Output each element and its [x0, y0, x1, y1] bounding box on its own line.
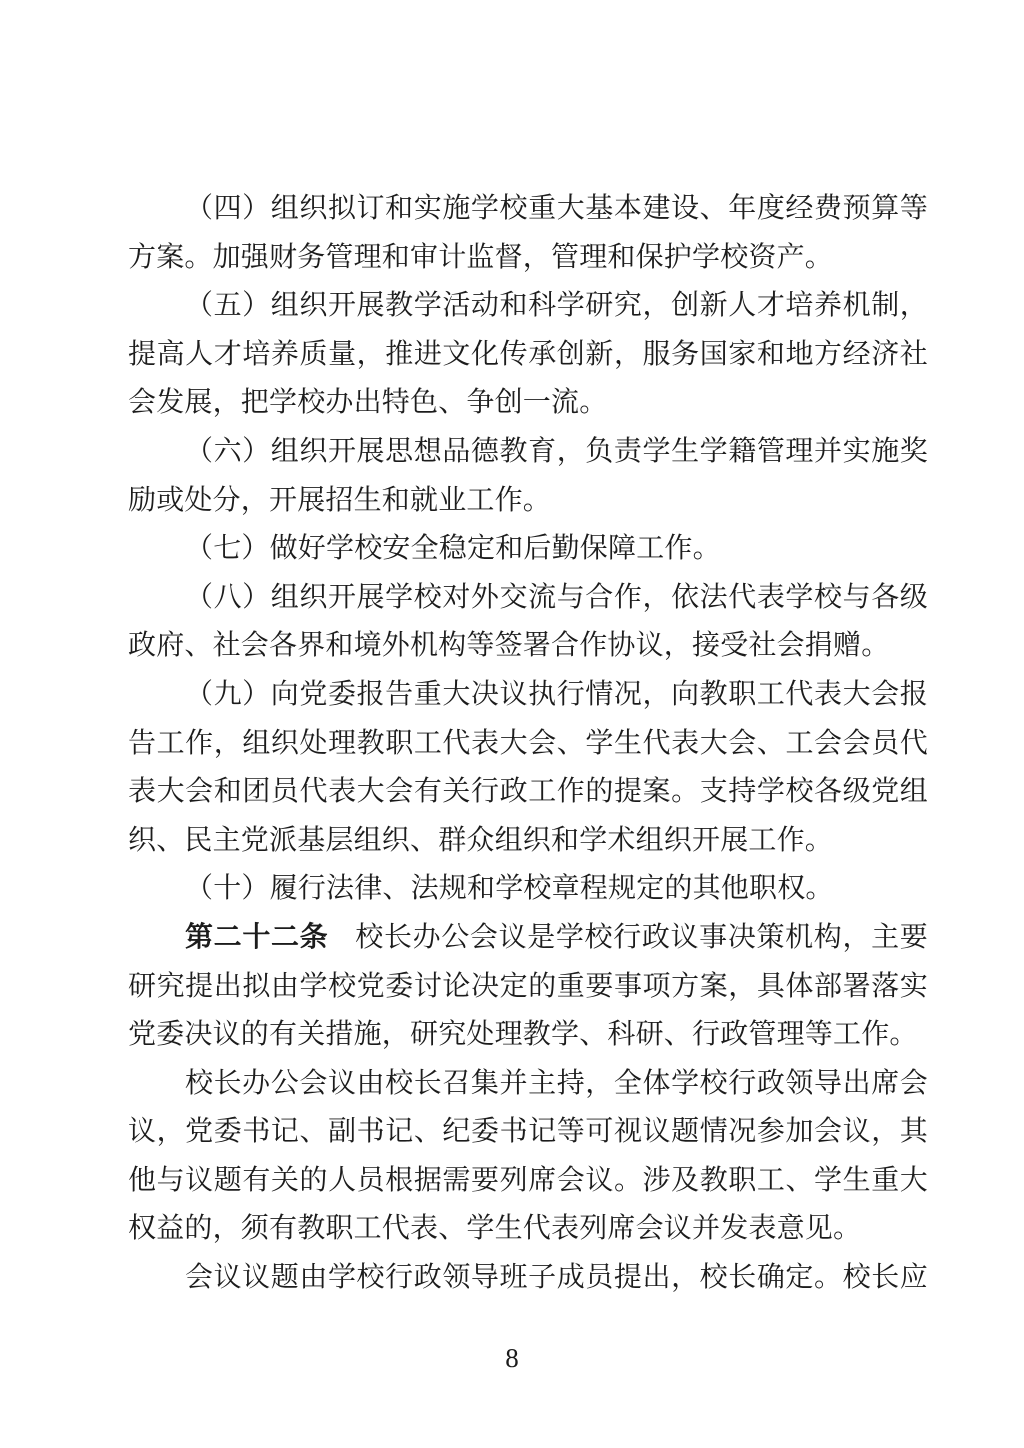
- text-line: 表大会和团员代表大会有关行政工作的提案。支持学校各级党组: [128, 768, 928, 817]
- page-number: 8: [0, 1338, 1024, 1378]
- text-line: （八）组织开展学校对外交流与合作，依法代表学校与各级: [128, 574, 928, 623]
- text-line: 织、民主党派基层组织、群众组织和学术组织开展工作。: [128, 817, 928, 866]
- text-line: （六）组织开展思想品德教育，负责学生学籍管理并实施奖: [128, 428, 928, 477]
- text-line: （十）履行法律、法规和学校章程规定的其他职权。: [128, 865, 928, 914]
- text-line: 会议议题由学校行政领导班子成员提出，校长确定。校长应: [128, 1254, 928, 1303]
- text-line: 权益的，须有教职工代表、学生代表列席会议并发表意见。: [128, 1205, 928, 1254]
- text-line: （四）组织拟订和实施学校重大基本建设、年度经费预算等: [128, 185, 928, 234]
- text-line: 提高人才培养质量，推进文化传承创新，服务国家和地方经济社: [128, 331, 928, 380]
- text-line: 第二十二条校长办公会议是学校行政议事决策机构，主要: [128, 914, 928, 963]
- text-line: 方案。加强财务管理和审计监督，管理和保护学校资产。: [128, 234, 928, 283]
- text-line: （五）组织开展教学活动和科学研究，创新人才培养机制，: [128, 282, 928, 331]
- text-line: 政府、社会各界和境外机构等签署合作协议，接受社会捐赠。: [128, 622, 928, 671]
- text-line: （九）向党委报告重大决议执行情况，向教职工代表大会报: [128, 671, 928, 720]
- text-line: 他与议题有关的人员根据需要列席会议。涉及教职工、学生重大: [128, 1157, 928, 1206]
- text-run: 校长办公会议是学校行政议事决策机构，主要: [355, 922, 928, 953]
- text-line: 校长办公会议由校长召集并主持，全体学校行政领导出席会: [128, 1060, 928, 1109]
- text-line: 研究提出拟由学校党委讨论决定的重要事项方案，具体部署落实: [128, 963, 928, 1012]
- article-number: 第二十二条: [185, 922, 328, 953]
- text-line: 告工作，组织处理教职工代表大会、学生代表大会、工会会员代: [128, 720, 928, 769]
- document-body: （四）组织拟订和实施学校重大基本建设、年度经费预算等方案。加强财务管理和审计监督…: [128, 185, 928, 1303]
- text-line: （七）做好学校安全稳定和后勤保障工作。: [128, 525, 928, 574]
- text-line: 议，党委书记、副书记、纪委书记等可视议题情况参加会议，其: [128, 1108, 928, 1157]
- text-line: 党委决议的有关措施，研究处理教学、科研、行政管理等工作。: [128, 1011, 928, 1060]
- text-line: 会发展，把学校办出特色、争创一流。: [128, 379, 928, 428]
- document-page: （四）组织拟订和实施学校重大基本建设、年度经费预算等方案。加强财务管理和审计监督…: [0, 0, 1024, 1448]
- text-line: 励或处分，开展招生和就业工作。: [128, 477, 928, 526]
